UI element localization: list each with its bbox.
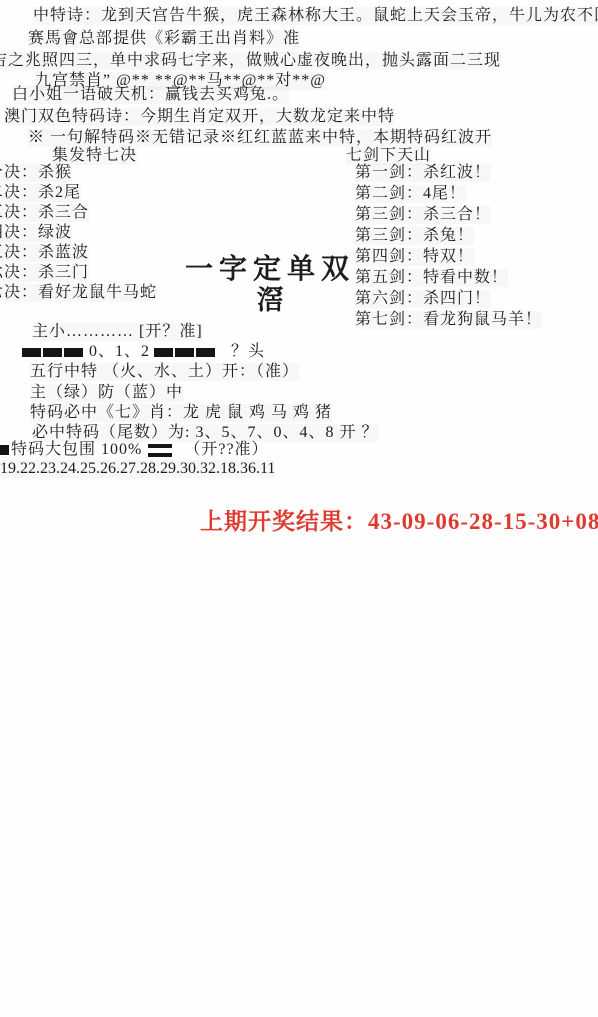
right-item-6: 第五剑：特看中数！ — [355, 269, 508, 287]
left-item-3: 三决：杀三合 — [0, 204, 89, 222]
right-item-2: 第二剑：4尾！ — [355, 185, 466, 203]
center-banner: 一字定单双 滘 — [170, 255, 370, 315]
poem-line-baixiaojie: 白小姐一语破天机：赢钱去买鸡兔.。 — [12, 86, 289, 104]
left-item-4: 四决：绿波 — [0, 224, 72, 242]
banner-line-2: 滘 — [170, 285, 370, 315]
tip-sheet-page: 中特诗：龙到天宫告牛猴，虎王森林称大王。鼠蛇上天会玉帝，牛儿为农不回报。 赛馬會… — [0, 0, 598, 1017]
head-bars-line: 0、1、2？头 — [22, 343, 265, 361]
right-item-3: 第三剑：杀三合！ — [355, 206, 491, 224]
black-bars-right — [154, 343, 217, 361]
baowei-line: 特码大包围 100%（开??准） — [0, 441, 269, 459]
left-item-1: 一决：杀猴 — [0, 164, 72, 182]
right-item-8: 第七剑：看龙狗鼠马羊！ — [355, 311, 542, 329]
poem-line-saimahui: 赛馬會总部提供《彩霸王出肖料》准 — [28, 30, 300, 48]
left-item-7: 七决：看好龙鼠牛马蛇 — [0, 284, 157, 302]
previous-draw-result: 上期开奖结果：43-09-06-28-15-30+08 — [200, 503, 598, 536]
zhuxiao-line: 主小………… [开？准] — [32, 323, 203, 341]
numbers-line: 19.22.23.24.25.26.27.28.29.30.32.18.36.1… — [0, 460, 275, 478]
bars-line-numbers: 0、1、2 — [89, 343, 150, 360]
qixiao-line: 特码必中《七》肖：龙 虎 鼠 鸡 马 鸡 猪 — [30, 404, 332, 422]
poem-line-aomen: 澳门双色特码诗：今期生肖定双开，大数龙定来中特 — [4, 108, 395, 126]
bars-line-head: ？头 — [231, 343, 265, 360]
banner-line-1: 一字定单双 — [170, 255, 370, 285]
zhufang-line: 主（绿）防（蓝）中 — [30, 384, 183, 402]
right-item-4: 第三剑：杀兔！ — [355, 227, 474, 245]
clipped-black-bar — [0, 445, 9, 455]
poem-line-yijujieete: ※ 一句解特码※无错记录※红红蓝蓝来中特，本期特码红波开 — [28, 129, 492, 147]
baowei-label: 特码大包围 100% — [11, 441, 142, 458]
right-item-5: 第四剑：特双！ — [355, 248, 474, 266]
left-item-6: 六决：杀三门 — [0, 264, 89, 282]
poem-line-jizhizhao: 吉之兆照四三，单中求码七字来，做贼心虚夜晚出，抛头露面二三现 — [0, 52, 501, 70]
wuxing-line: 五行中特 （火、水、土）开：（准） — [30, 363, 299, 381]
right-item-7: 第六剑：杀四门！ — [355, 290, 491, 308]
weishu-line: 必中特码（尾数）为: 3、5、7、0、4、8 开 ？ — [32, 424, 378, 442]
left-column-title: 集发特七决 — [52, 147, 137, 165]
right-item-1: 第一剑：杀红波！ — [355, 164, 491, 182]
poem-line-zhongteshi: 中特诗：龙到天宫告牛猴，虎王森林称大王。鼠蛇上天会玉帝，牛儿为农不回报。 — [33, 7, 598, 25]
left-item-2: 二决：杀2尾 — [0, 184, 81, 202]
right-column-title: 七剑下天山 — [346, 147, 431, 165]
black-bars-left — [22, 343, 85, 361]
double-bar-icon — [148, 444, 172, 457]
left-item-5: 五决：杀蓝波 — [0, 244, 89, 262]
baowei-suffix: （开??准） — [184, 441, 268, 458]
